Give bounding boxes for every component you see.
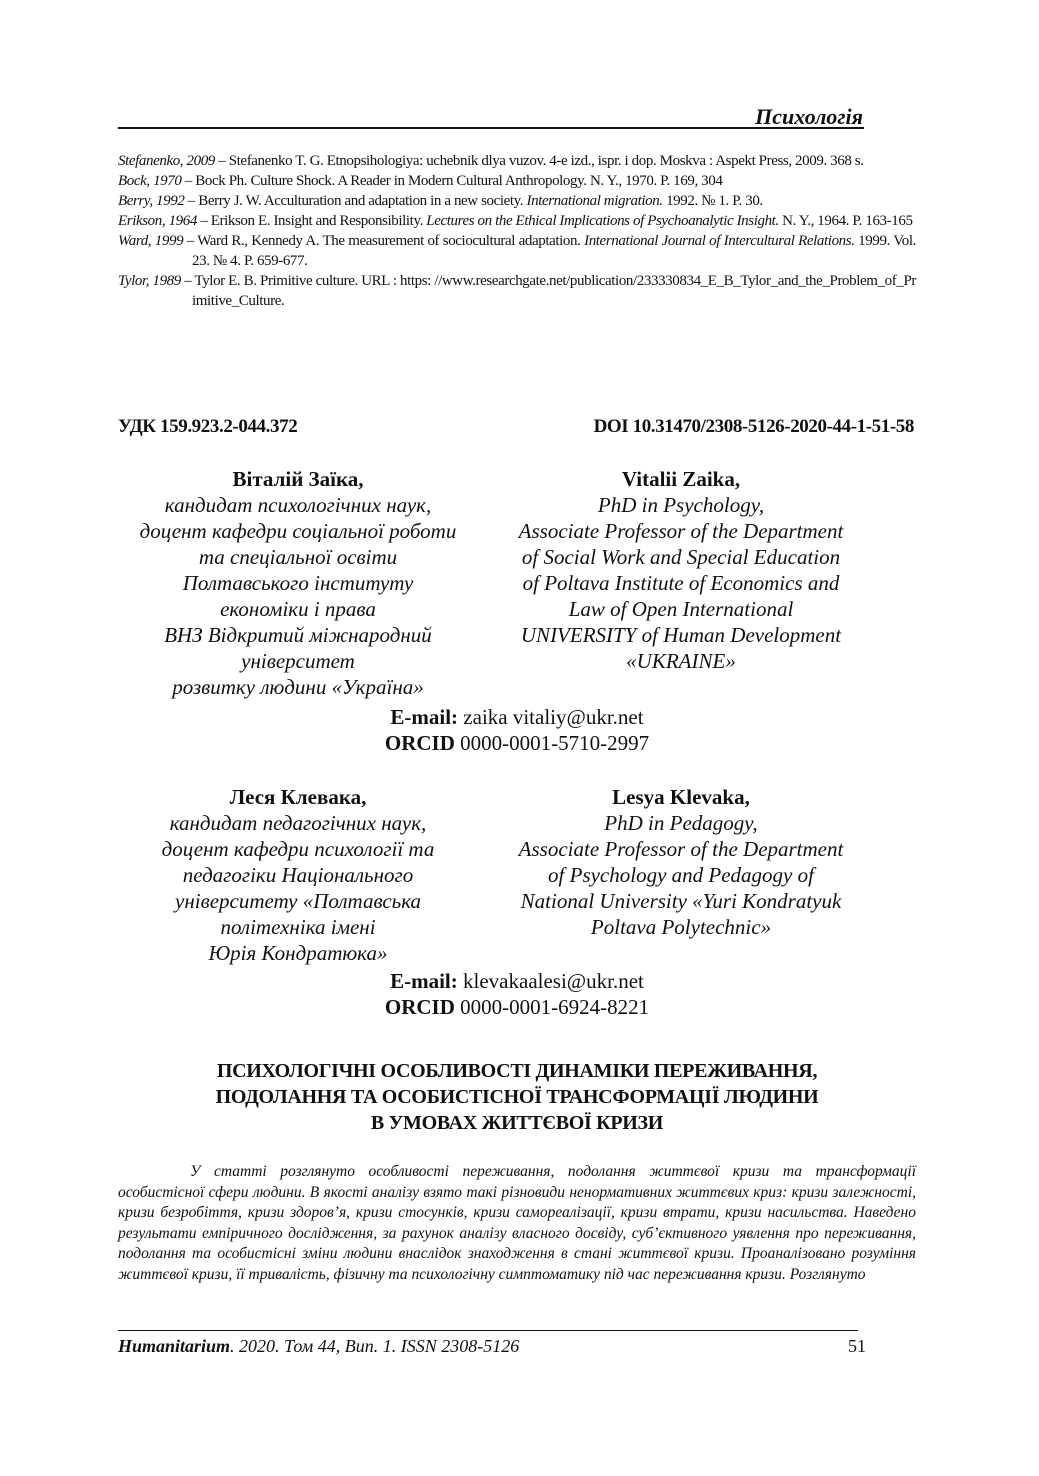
reference-key: Berry, 1992 xyxy=(118,193,184,209)
author-contact: E-mail: klevakaalesi@ukr.net ORCID 0000-… xyxy=(118,968,916,1020)
abstract-text: У статті розглянуто особливості пережива… xyxy=(118,1162,916,1285)
journal-page: Психологія Stefanenko, 2009 – Stefanenko… xyxy=(0,0,1039,1476)
article-title: ПСИХОЛОГІЧНІ ОСОБЛИВОСТІ ДИНАМІКИ ПЕРЕЖИ… xyxy=(118,1058,916,1136)
author-affiliation-uk: кандидат педагогічних наук, доцент кафед… xyxy=(118,810,478,966)
reference-list: Stefanenko, 2009 – Stefanenko T. G. Etno… xyxy=(118,151,916,311)
reference-key: Erikson, 1964 xyxy=(118,213,197,229)
doi[interactable]: DOI 10.31470/2308-5126-2020-44-1-51-58 xyxy=(594,416,914,438)
udc-code: УДК 159.923.2-044.372 xyxy=(118,416,297,438)
reference-item: Tylor, 1989 – Tylor E. B. Primitive cult… xyxy=(118,271,916,311)
author-uk: Віталій Заїка, кандидат психологічних на… xyxy=(118,466,478,700)
author-name-en: Vitalii Zaika, xyxy=(498,466,864,492)
reference-item: Ward, 1999 – Ward R., Kennedy A. The mea… xyxy=(118,231,916,271)
abstract: У статті розглянуто особливості пережива… xyxy=(118,1162,916,1285)
author-orcid[interactable]: 0000-0001-5710-2997 xyxy=(455,731,649,755)
article-identifiers: УДК 159.923.2-044.372 DOI 10.31470/2308-… xyxy=(118,416,914,438)
author-en: Lesya Klevaka, PhD in Pedagogy, Associat… xyxy=(498,784,864,940)
reference-key: Bock, 1970 xyxy=(118,173,181,189)
author-email[interactable]: klevakaalesi@ukr.net xyxy=(458,969,644,993)
author-orcid[interactable]: 0000-0001-6924-8221 xyxy=(455,995,649,1019)
author-email[interactable]: zaika vitaliy@ukr.net xyxy=(458,705,644,729)
author-name-uk: Віталій Заїка, xyxy=(118,466,478,492)
footer-rule xyxy=(118,1330,858,1331)
reference-key: Ward, 1999 xyxy=(118,233,183,249)
author-affiliation-uk: кандидат психологічних наук, доцент кафе… xyxy=(118,492,478,700)
header-rule xyxy=(118,127,864,129)
author-name-uk: Леся Клевака, xyxy=(118,784,478,810)
author-en: Vitalii Zaika, PhD in Psychology, Associ… xyxy=(498,466,864,674)
author-name-en: Lesya Klevaka, xyxy=(498,784,864,810)
reference-item: Stefanenko, 2009 – Stefanenko T. G. Etno… xyxy=(118,151,916,171)
reference-key: Tylor, 1989 xyxy=(118,273,181,289)
page-number: 51 xyxy=(848,1336,866,1357)
page-footer: Humanitarium. 2020. Том 44, Вип. 1. ISSN… xyxy=(118,1336,866,1357)
journal-citation: Humanitarium. 2020. Том 44, Вип. 1. ISSN… xyxy=(118,1336,519,1357)
author-affiliation-en: PhD in Psychology, Associate Professor o… xyxy=(498,492,864,674)
author-contact: E-mail: zaika vitaliy@ukr.net ORCID 0000… xyxy=(118,704,916,756)
reference-key: Stefanenko, 2009 xyxy=(118,153,215,169)
journal-name: Humanitarium xyxy=(118,1336,230,1356)
reference-item: Erikson, 1964 – Erikson E. Insight and R… xyxy=(118,211,916,231)
reference-item: Bock, 1970 – Bock Ph. Culture Shock. A R… xyxy=(118,171,916,191)
author-affiliation-en: PhD in Pedagogy, Associate Professor of … xyxy=(498,810,864,940)
reference-url-text[interactable]: – Tylor E. B. Primitive culture. URL : h… xyxy=(181,273,916,309)
reference-item: Berry, 1992 – Berry J. W. Acculturation … xyxy=(118,191,916,211)
author-uk: Леся Клевака, кандидат педагогічних наук… xyxy=(118,784,478,966)
